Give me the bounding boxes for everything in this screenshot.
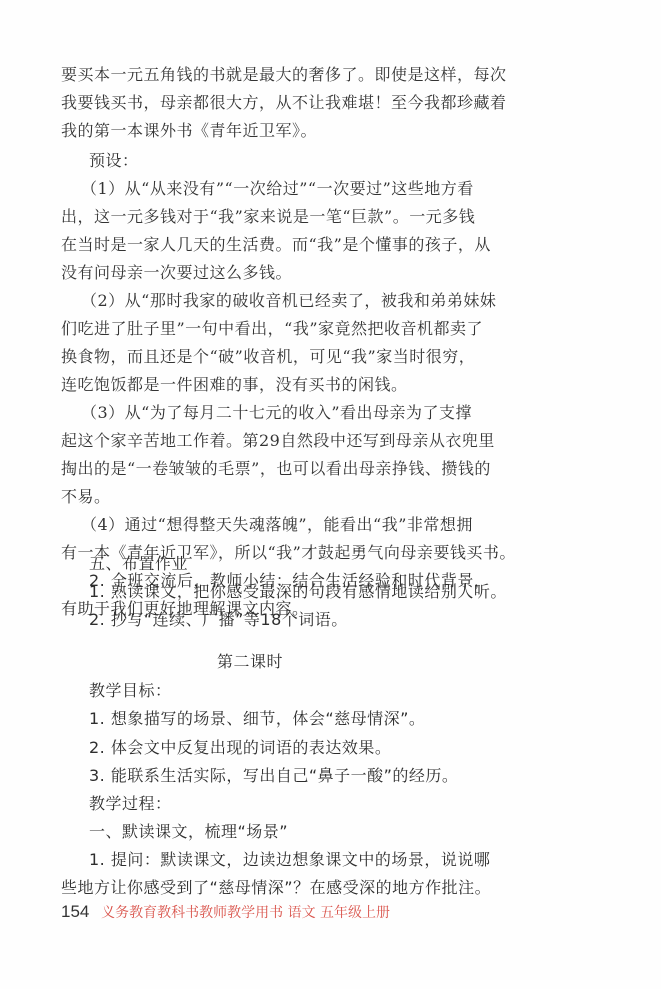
body-line: 要买本一元五角钱的书就是最大的奢侈了。即使是这样，每次: [61, 64, 507, 86]
homework-item: 2. 抄写“连续、广播”等18个词语。: [89, 609, 348, 631]
body-line: 出，这一元多钱对于“我”家来说是一笔“巨款”。一元多钱: [61, 206, 475, 228]
body-line: 预设：: [89, 150, 139, 172]
body-line: 我要钱买书，母亲都很大方，从不让我难堪！至今我都珍藏着: [61, 92, 507, 114]
page-number: 154: [61, 902, 89, 921]
step1-text: 1. 提问：默读课文，边读边想象课文中的场景，说说哪: [89, 849, 490, 871]
body-line: （1）从“从来没有”“一次给过”“一次要过”这些地方看: [81, 178, 474, 200]
document-page: 要买本一元五角钱的书就是最大的奢侈了。即使是这样，每次我要钱买书，母亲都很大方，…: [0, 0, 661, 989]
goal-item: 3. 能联系生活实际，写出自己“鼻子一酸”的经历。: [89, 765, 458, 787]
goal-item: 1. 想象描写的场景、细节，体会“慈母情深”。: [89, 708, 425, 730]
body-line: 们吃进了肚子里”一句中看出，“我”家竟然把收音机都卖了: [61, 318, 483, 340]
body-line: 掏出的是“一卷皱皱的毛票”，也可以看出母亲挣钱、攒钱的: [61, 458, 491, 480]
body-line: 我的第一本课外书《青年近卫军》。: [61, 120, 317, 142]
goals-label: 教学目标：: [89, 680, 172, 702]
body-line: （3）从“为了每月二十七元的收入”看出母亲为了支撑: [81, 402, 472, 424]
book-title: 义务教育教科书教师教学用书 语文 五年级上册: [101, 905, 390, 921]
goal-item: 2. 体会文中反复出现的词语的表达效果。: [89, 737, 391, 759]
page-footer: 154 义务教育教科书教师教学用书 语文 五年级上册: [61, 902, 390, 922]
step1-text: 些地方让你感受到了“慈母情深”？在感受深的地方作批注。: [61, 877, 491, 899]
body-line: 不易。: [61, 486, 111, 508]
body-line: 换食物，而且还是个“破”收音机，可见“我”家当时很穷，: [61, 346, 475, 368]
homework-heading: 五、布置作业: [89, 553, 188, 575]
body-line: 没有问母亲一次要过这么多钱。: [61, 262, 292, 284]
body-line: 在当时是一家人几天的生活费。而“我”是个懂事的孩子，从: [61, 234, 491, 256]
body-line: 起这个家辛苦地工作着。第29自然段中还写到母亲从衣兜里: [61, 430, 495, 452]
body-line: （2）从“那时我家的破收音机已经卖了，被我和弟弟妹妹: [81, 290, 496, 312]
process-label: 教学过程：: [89, 793, 172, 815]
body-line: 连吃饱饭都是一件困难的事，没有买书的闲钱。: [61, 374, 408, 396]
lesson-title: 第二课时: [217, 651, 283, 673]
body-line: （4）通过“想得整天失魂落魄”，能看出“我”非常想拥: [81, 514, 473, 536]
step1-heading: 一、默读课文，梳理“场景”: [89, 821, 288, 843]
homework-item: 1. 熟读课文，把你感受最深的句段有感情地读给别人听。: [89, 581, 507, 603]
